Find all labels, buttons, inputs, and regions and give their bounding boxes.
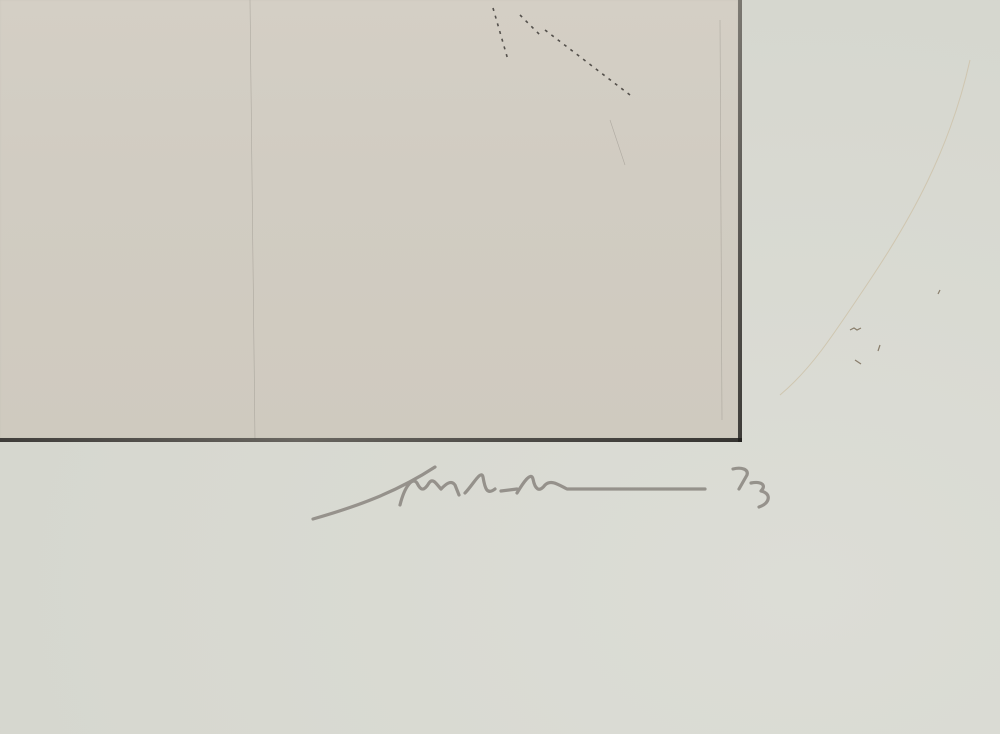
plate-impression xyxy=(0,0,742,442)
plate-edge-bottom xyxy=(0,438,742,442)
etched-lines xyxy=(0,0,742,442)
paper-crease xyxy=(760,0,1000,400)
plate-edge-right xyxy=(738,0,742,442)
pencil-signature xyxy=(305,455,785,535)
